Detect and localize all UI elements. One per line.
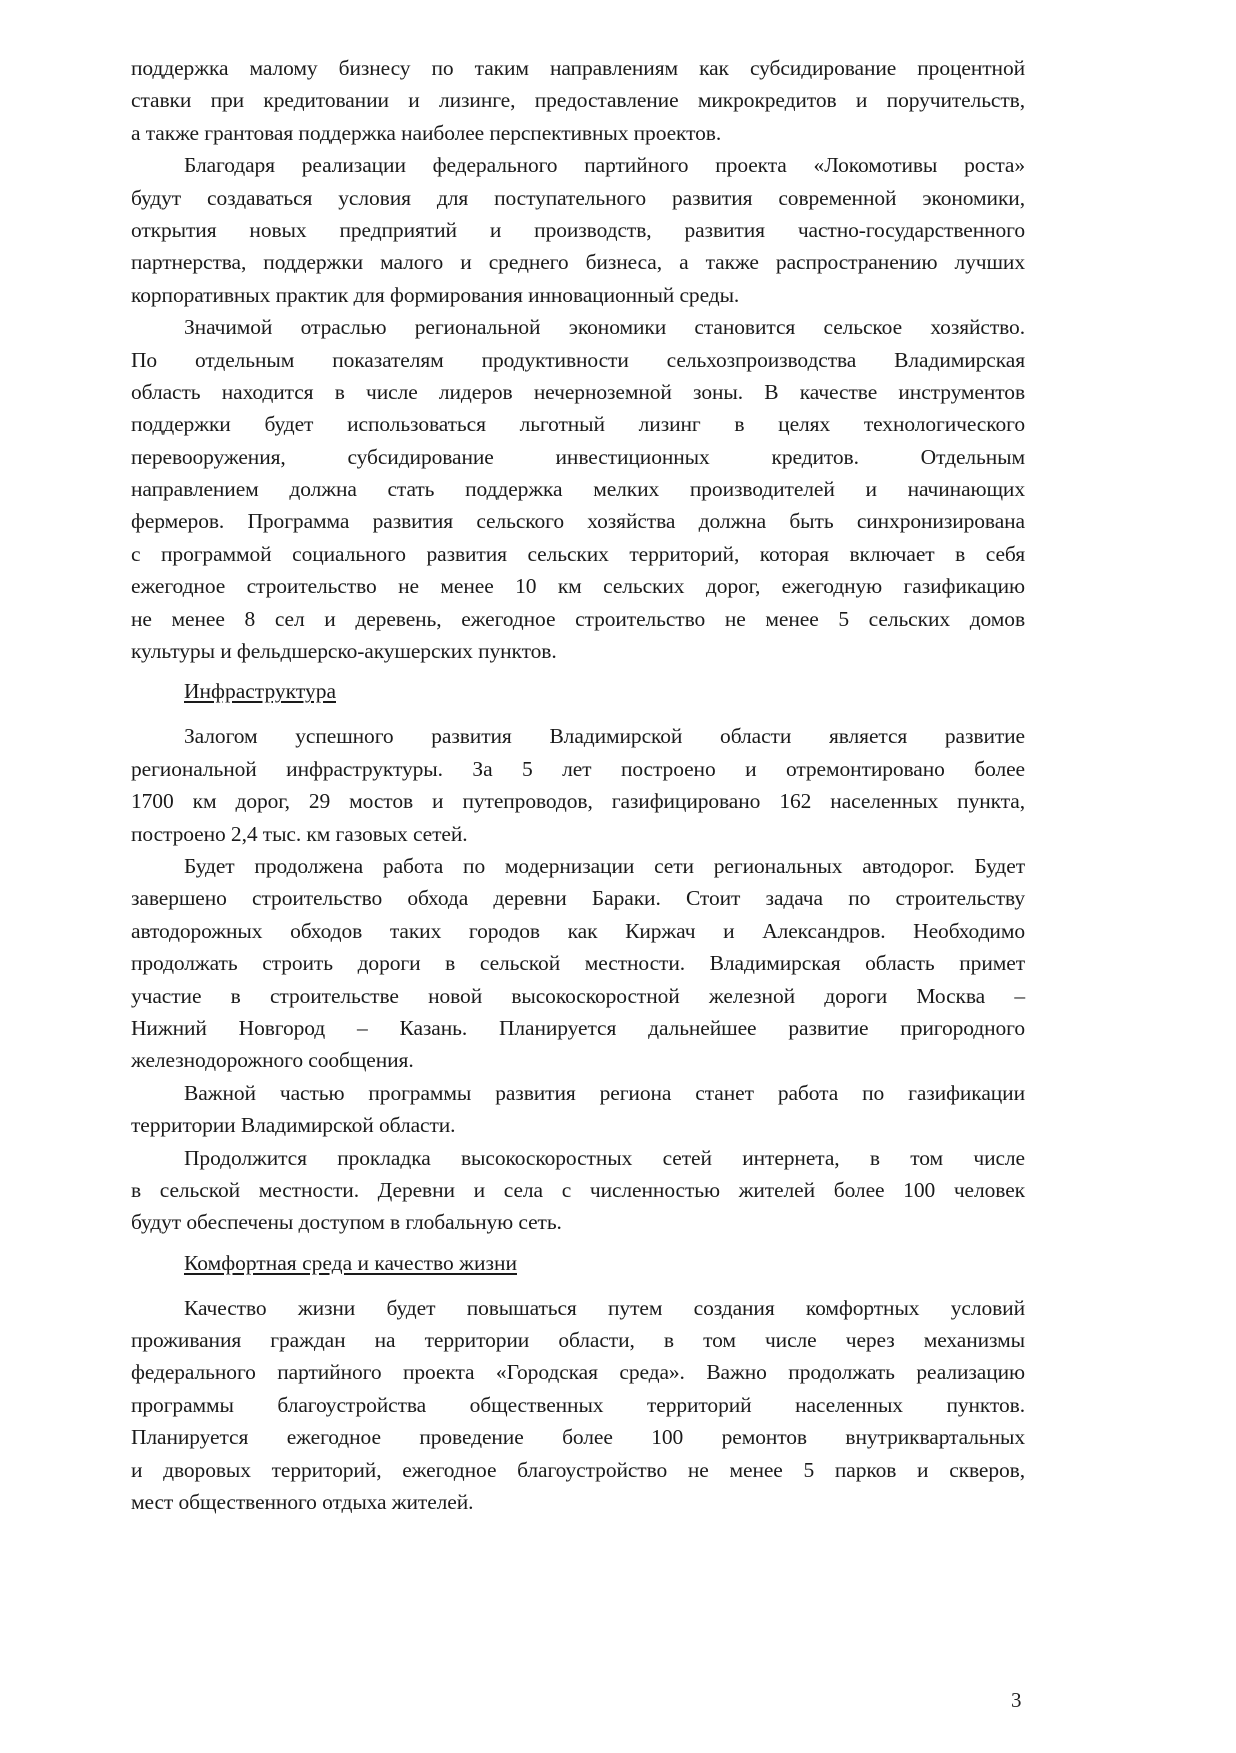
text-line: с программой социального развития сельск… xyxy=(131,538,1025,570)
text-line: поддержка малому бизнесу по таким направ… xyxy=(131,52,1025,84)
text-line: и дворовых территорий, ежегодное благоус… xyxy=(131,1454,1025,1486)
text-line: будут обеспечены доступом в глобальную с… xyxy=(131,1206,1025,1238)
text-line: По отдельным показателям продуктивности … xyxy=(131,344,1025,376)
text-line: открытия новых предприятий и производств… xyxy=(131,214,1025,246)
text-line: ежегодное строительство не менее 10 км с… xyxy=(131,570,1025,602)
text-line: Благодаря реализации федерального партий… xyxy=(131,149,1025,181)
text-line: будут создаваться условия для поступател… xyxy=(131,182,1025,214)
text-line: корпоративных практик для формирования и… xyxy=(131,279,1025,311)
text-line: региональной инфраструктуры. За 5 лет по… xyxy=(131,753,1025,785)
text-line: Будет продолжена работа по модернизации … xyxy=(131,850,1025,882)
paragraph-agriculture: Значимой отраслью региональной экономики… xyxy=(131,311,1025,667)
text-line: Продолжится прокладка высокоскоростных с… xyxy=(131,1142,1025,1174)
text-line: автодорожных обходов таких городов как К… xyxy=(131,915,1025,947)
section-heading-comfortable-environment: Комфортная среда и качество жизни xyxy=(131,1247,1025,1279)
document-page: поддержка малому бизнесу по таким направ… xyxy=(131,52,1025,1518)
text-line: проживания граждан на территории области… xyxy=(131,1324,1025,1356)
text-line: Важной частью программы развития региона… xyxy=(131,1077,1025,1109)
section-heading-infrastructure: Инфраструктура xyxy=(131,675,1025,707)
paragraph-internet: Продолжится прокладка высокоскоростных с… xyxy=(131,1142,1025,1239)
text-line: а также грантовая поддержка наиболее пер… xyxy=(131,117,1025,149)
text-line: фермеров. Программа развития сельского х… xyxy=(131,505,1025,537)
text-line: партнерства, поддержки малого и среднего… xyxy=(131,246,1025,278)
text-line: железнодорожного сообщения. xyxy=(131,1044,1025,1076)
text-line: продолжать строить дороги в сельской мес… xyxy=(131,947,1025,979)
text-line: программы благоустройства общественных т… xyxy=(131,1389,1025,1421)
text-line: направлением должна стать поддержка мелк… xyxy=(131,473,1025,505)
text-line: перевооружения, субсидирование инвестици… xyxy=(131,441,1025,473)
text-line: в сельской местности. Деревни и села с ч… xyxy=(131,1174,1025,1206)
page-number: 3 xyxy=(1011,1688,1022,1713)
text-line: Значимой отраслью региональной экономики… xyxy=(131,311,1025,343)
text-line: мест общественного отдыха жителей. xyxy=(131,1486,1025,1518)
text-line: построено 2,4 тыс. км газовых сетей. xyxy=(131,818,1025,850)
text-line: федерального партийного проекта «Городск… xyxy=(131,1356,1025,1388)
text-line: завершено строительство обхода деревни Б… xyxy=(131,882,1025,914)
paragraph-gasification: Важной частью программы развития региона… xyxy=(131,1077,1025,1142)
text-line: территории Владимирской области. xyxy=(131,1109,1025,1141)
text-line: поддержки будет использоваться льготный … xyxy=(131,408,1025,440)
text-line: Планируется ежегодное проведение более 1… xyxy=(131,1421,1025,1453)
text-line: область находится в числе лидеров нечерн… xyxy=(131,376,1025,408)
text-line: Залогом успешного развития Владимирской … xyxy=(131,720,1025,752)
text-line: не менее 8 сел и деревень, ежегодное стр… xyxy=(131,603,1025,635)
text-line: 1700 км дорог, 29 мостов и путепроводов,… xyxy=(131,785,1025,817)
paragraph-quality-of-life: Качество жизни будет повышаться путем со… xyxy=(131,1292,1025,1519)
paragraph-infrastructure-results: Залогом успешного развития Владимирской … xyxy=(131,720,1025,850)
paragraph-roads-modernization: Будет продолжена работа по модернизации … xyxy=(131,850,1025,1077)
text-line: культуры и фельдшерско-акушерских пункто… xyxy=(131,635,1025,667)
section-heading-text: Инфраструктура xyxy=(184,679,336,703)
text-line: Качество жизни будет повышаться путем со… xyxy=(131,1292,1025,1324)
paragraph-small-business-support: поддержка малому бизнесу по таким направ… xyxy=(131,52,1025,149)
text-line: участие в строительстве новой высокоскор… xyxy=(131,980,1025,1012)
text-line: ставки при кредитовании и лизинге, предо… xyxy=(131,84,1025,116)
section-heading-text: Комфортная среда и качество жизни xyxy=(184,1251,517,1275)
paragraph-growth-locomotives: Благодаря реализации федерального партий… xyxy=(131,149,1025,311)
text-line: Нижний Новгород – Казань. Планируется да… xyxy=(131,1012,1025,1044)
